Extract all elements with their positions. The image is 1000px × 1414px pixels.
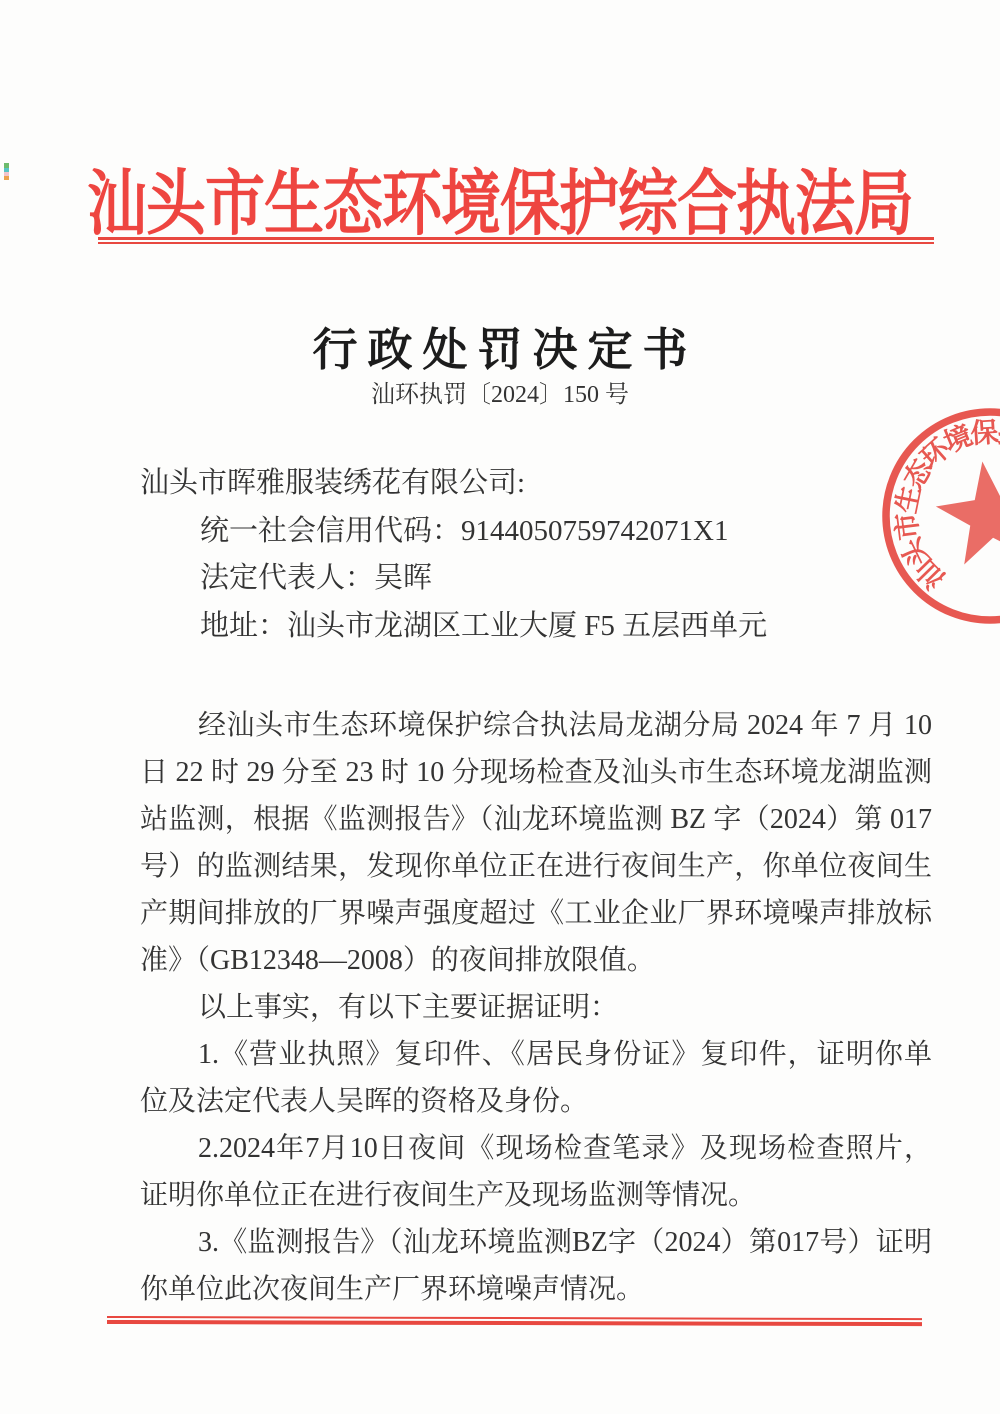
body-line: 以上事实，有以下主要证据证明：: [140, 984, 932, 1031]
body-line: 经汕头市生态环境保护综合执法局龙湖分局 2024 年 7 月 10: [140, 702, 932, 749]
seal-star-icon: [931, 454, 1000, 567]
body-line: 2.2024年7月10日夜间《现场检查笔录》及现场检查照片，: [140, 1125, 932, 1172]
letterhead-divider: [98, 237, 934, 244]
body-line: 产期间排放的厂界噪声强度超过《工业企业厂界环境噪声排放标: [140, 890, 932, 937]
body-line: 证明你单位正在进行夜间生产及现场监测等情况。: [140, 1172, 932, 1219]
body-line: 你单位此次夜间生产厂界环境噪声情况。: [140, 1266, 932, 1313]
body-line: 位及法定代表人吴晖的资格及身份。: [140, 1078, 932, 1125]
divider-thin-line: [98, 242, 934, 244]
body-line: 准》（GB12348—2008）的夜间排放限值。: [140, 937, 932, 984]
document-number: 汕环执罚〔2024〕150 号: [0, 374, 1000, 409]
body-line: 站监测，根据《监测报告》（汕龙环境监测 BZ 字（2024）第 017: [140, 796, 932, 843]
document-page: 汕头市生态环境保护综合执法局 行政处罚决定书 汕环执罚〔2024〕150 号 汕…: [0, 0, 1000, 1414]
body-line: 1.《营业执照》复印件、《居民身份证》复印件，证明你单: [140, 1031, 932, 1078]
body-line: 日 22 时 29 分至 23 时 10 分现场检查及汕头市生态环境龙湖监测: [140, 749, 932, 796]
recipient-credit-code: 统一社会信用代码：9144050759742071X1: [140, 508, 932, 556]
footer-divider: [107, 1316, 922, 1326]
recipient-legal-rep: 法定代表人：吴晖: [140, 555, 932, 603]
divider-thick-line: [107, 1320, 922, 1326]
body-line: 号）的监测结果，发现你单位正在进行夜间生产，你单位夜间生: [140, 843, 932, 890]
recipient-block: 汕头市晖雅服装绣花有限公司: 统一社会信用代码：9144050759742071…: [140, 460, 932, 650]
agency-letterhead: 汕头市生态环境保护综合执法局: [0, 148, 1000, 249]
document-title: 行政处罚决定书: [0, 313, 1000, 378]
recipient-company: 汕头市晖雅服装绣花有限公司:: [140, 460, 932, 508]
body-line: 3.《监测报告》（汕龙环境监测BZ字（2024）第017号）证明: [140, 1219, 932, 1266]
recipient-address: 地址：汕头市龙湖区工业大厦 F5 五层西单元: [140, 603, 932, 651]
body-text: 经汕头市生态环境保护综合执法局龙湖分局 2024 年 7 月 10 日 22 时…: [140, 702, 932, 1313]
official-seal: 汕头市生态环境保护综合执法局: [876, 402, 1000, 630]
